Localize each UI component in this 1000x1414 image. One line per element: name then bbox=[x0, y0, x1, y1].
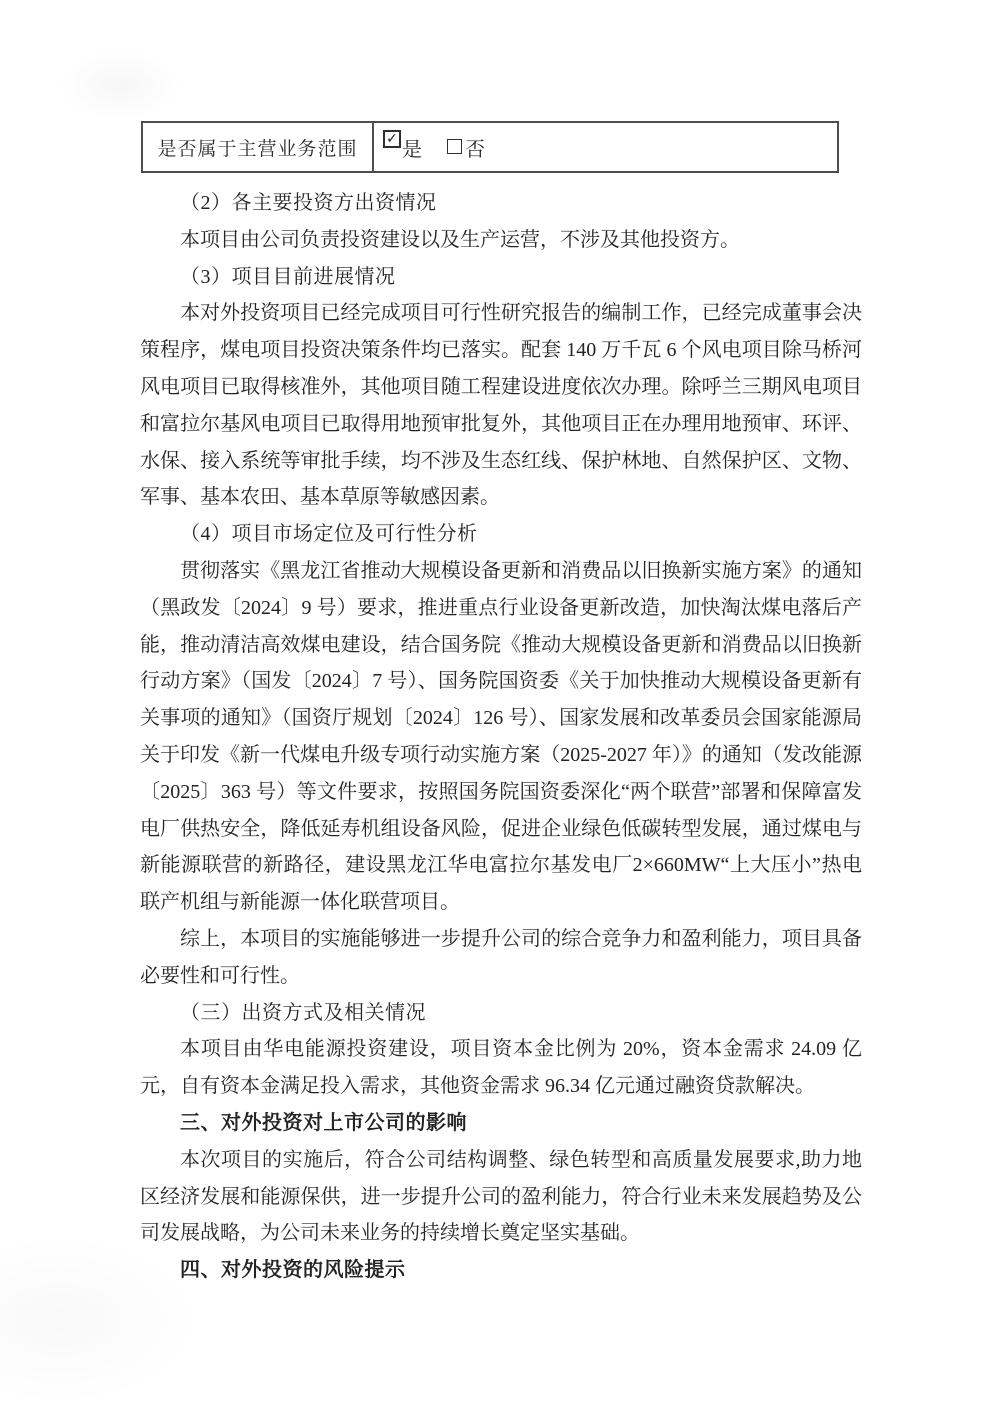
option-no-label: 否 bbox=[465, 133, 486, 162]
option-no: 否 bbox=[423, 133, 486, 162]
paragraph-investors: 本项目由公司负责投资建设以及生产运营，不涉及其他投资方。 bbox=[140, 222, 862, 259]
paragraph-conclusion: 综上，本项目的实施能够进一步提升公司的综合竞争力和盈利能力，项目具备必要性和可行… bbox=[140, 921, 862, 995]
main-business-scope-table: 是否属于主营业务范围 ✓ 是 否 bbox=[141, 121, 839, 173]
heading-risk-warning: 四、对外投资的风险提示 bbox=[140, 1252, 862, 1289]
subheading-feasibility: （4）项目市场定位及可行性分析 bbox=[140, 516, 862, 553]
document-page: 是否属于主营业务范围 ✓ 是 否 （2）各主要投资方出资情况 本项目由公司负责投… bbox=[0, 0, 1000, 1414]
checkbox-empty-icon bbox=[447, 139, 462, 154]
subheading-progress: （3）项目目前进展情况 bbox=[140, 259, 862, 296]
table-row-label: 是否属于主营业务范围 bbox=[143, 123, 374, 171]
table-row-value: ✓ 是 否 bbox=[374, 123, 837, 171]
paragraph-progress: 本对外投资项目已经完成项目可行性研究报告的编制工作，已经完成董事会决策程序，煤电… bbox=[140, 295, 862, 516]
document-body: （2）各主要投资方出资情况 本项目由公司负责投资建设以及生产运营，不涉及其他投资… bbox=[140, 185, 862, 1289]
subheading-funding-method: （三）出资方式及相关情况 bbox=[140, 995, 862, 1032]
paragraph-feasibility: 贯彻落实《黑龙江省推动大规模设备更新和消费品以旧换新实施方案》的通知（黑政发〔2… bbox=[140, 553, 862, 921]
checkbox-checked-icon: ✓ bbox=[383, 130, 401, 148]
paragraph-impact-on-company: 本次项目的实施后，符合公司结构调整、绿色转型和高质量发展要求,助力地区经济发展和… bbox=[140, 1142, 862, 1252]
heading-impact-on-company: 三、对外投资对上市公司的影响 bbox=[140, 1105, 862, 1142]
subheading-investors: （2）各主要投资方出资情况 bbox=[140, 185, 862, 222]
option-yes-label: 是 bbox=[402, 133, 423, 162]
option-yes: ✓ 是 bbox=[383, 133, 423, 162]
paragraph-funding-method: 本项目由华电能源投资建设，项目资本金比例为 20%，资本金需求 24.09 亿元… bbox=[140, 1031, 862, 1105]
